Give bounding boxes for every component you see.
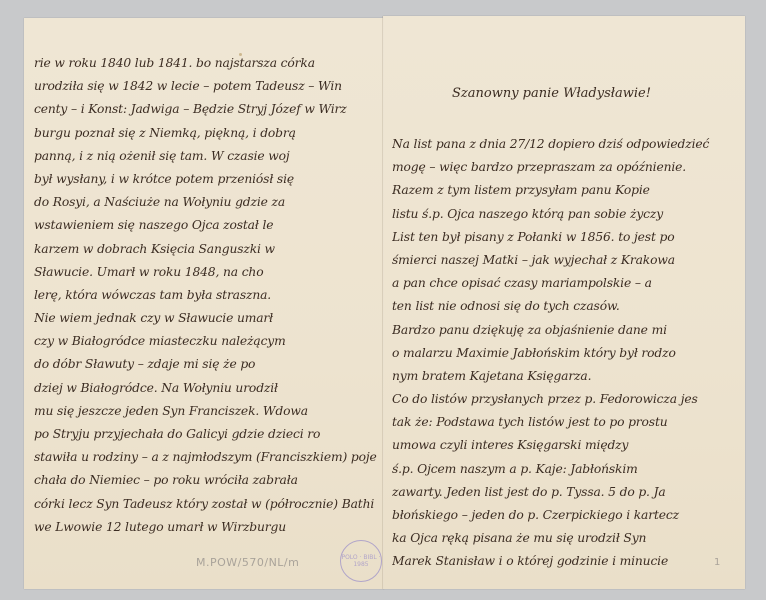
text-line: List ten był pisany z Połanki w 1856. to…: [392, 226, 737, 249]
text-line: ś.p. Ojcem naszym a p. Kaje: Jabłońskim: [392, 458, 737, 481]
text-line: ka Ojca ręką pisana że mu się urodził Sy…: [392, 527, 737, 550]
text-line: rie w roku 1840 lub 1841. bo najstarsza …: [34, 52, 379, 75]
text-line: Na list pana z dnia 27/12 dopiero dziś o…: [392, 133, 737, 156]
text-line: był wysłany, i w krótce potem przeniósł …: [34, 168, 379, 191]
text-line: Bardzo panu dziękuję za objaśnienie dane…: [392, 319, 737, 342]
text-line: centy – i Konst: Jadwiga – Będzie Stryj …: [34, 98, 379, 121]
stamp-text: POLO · BIBL · 1985: [341, 554, 381, 568]
text-line: ten list nie odnosi się do tych czasów.: [392, 295, 737, 318]
text-line: mogę – więc bardzo przepraszam za opóźni…: [392, 156, 737, 179]
text-line: lerę, która wówczas tam była straszna.: [34, 284, 379, 307]
text-line: do Rosyi, a Naściuże na Wołyniu gdzie za: [34, 191, 379, 214]
text-line: córki lecz Syn Tadeusz który został w (p…: [34, 493, 379, 516]
letter-salutation: Szanowny panie Władysławie!: [452, 86, 651, 101]
text-line: śmierci naszej Matki – jak wyjechał z Kr…: [392, 249, 737, 272]
text-line: Marek Stanisław i o której godzinie i mi…: [392, 550, 737, 573]
text-line: Nie wiem jednak czy w Sławucie umarł: [34, 307, 379, 330]
text-line: chała do Niemiec – po roku wróciła zabra…: [34, 469, 379, 492]
left-page-text: rie w roku 1840 lub 1841. bo najstarsza …: [34, 52, 379, 539]
text-line: dziej w Białogródce. Na Wołyniu urodził: [34, 377, 379, 400]
text-line: urodziła się w 1842 w lecie – potem Tade…: [34, 75, 379, 98]
text-line: stawiła u rodziny – a z najmłodszym (Fra…: [34, 446, 379, 469]
center-fold: [382, 16, 384, 589]
text-line: panną, i z nią ożenił się tam. W czasie …: [34, 145, 379, 168]
right-page-text: Na list pana z dnia 27/12 dopiero dziś o…: [392, 133, 737, 574]
page-number: 1: [714, 557, 720, 568]
text-line: wstawieniem się naszego Ojca został le: [34, 214, 379, 237]
text-line: Razem z tym listem przysyłam panu Kopie: [392, 179, 737, 202]
text-line: tak że: Podstawa tych listów jest to po …: [392, 411, 737, 434]
text-line: Sławucie. Umarł w roku 1848, na cho: [34, 261, 379, 284]
library-stamp: POLO · BIBL · 1985: [340, 540, 382, 582]
text-line: czy w Białogródce miasteczku należącym: [34, 330, 379, 353]
text-line: Co do listów przysłanych przez p. Fedoro…: [392, 388, 737, 411]
text-line: zawarty. Jeden list jest do p. Tyssa. 5 …: [392, 481, 737, 504]
text-line: po Stryju przyjechała do Galicyi gdzie d…: [34, 423, 379, 446]
text-line: mu się jeszcze jeden Syn Franciszek. Wdo…: [34, 400, 379, 423]
text-line: listu ś.p. Ojca naszego którą pan sobie …: [392, 203, 737, 226]
text-line: nym bratem Kajetana Księgarza.: [392, 365, 737, 388]
text-line: we Lwowie 12 lutego umarł w Wirzburgu: [34, 516, 379, 539]
text-line: błońskiego – jeden do p. Czerpickiego i …: [392, 504, 737, 527]
text-line: karzem w dobrach Księcia Sanguszki w: [34, 238, 379, 261]
text-line: umowa czyli interes Księgarski między: [392, 434, 737, 457]
text-line: burgu poznał się z Niemką, piękną, i dob…: [34, 122, 379, 145]
text-line: o malarzu Maximie Jabłońskim który był r…: [392, 342, 737, 365]
text-line: a pan chce opisać czasy mariampolskie – …: [392, 272, 737, 295]
archive-signature: M.POW/570/NL/m: [196, 556, 299, 569]
text-line: do dóbr Sławuty – zdaje mi się że po: [34, 353, 379, 376]
